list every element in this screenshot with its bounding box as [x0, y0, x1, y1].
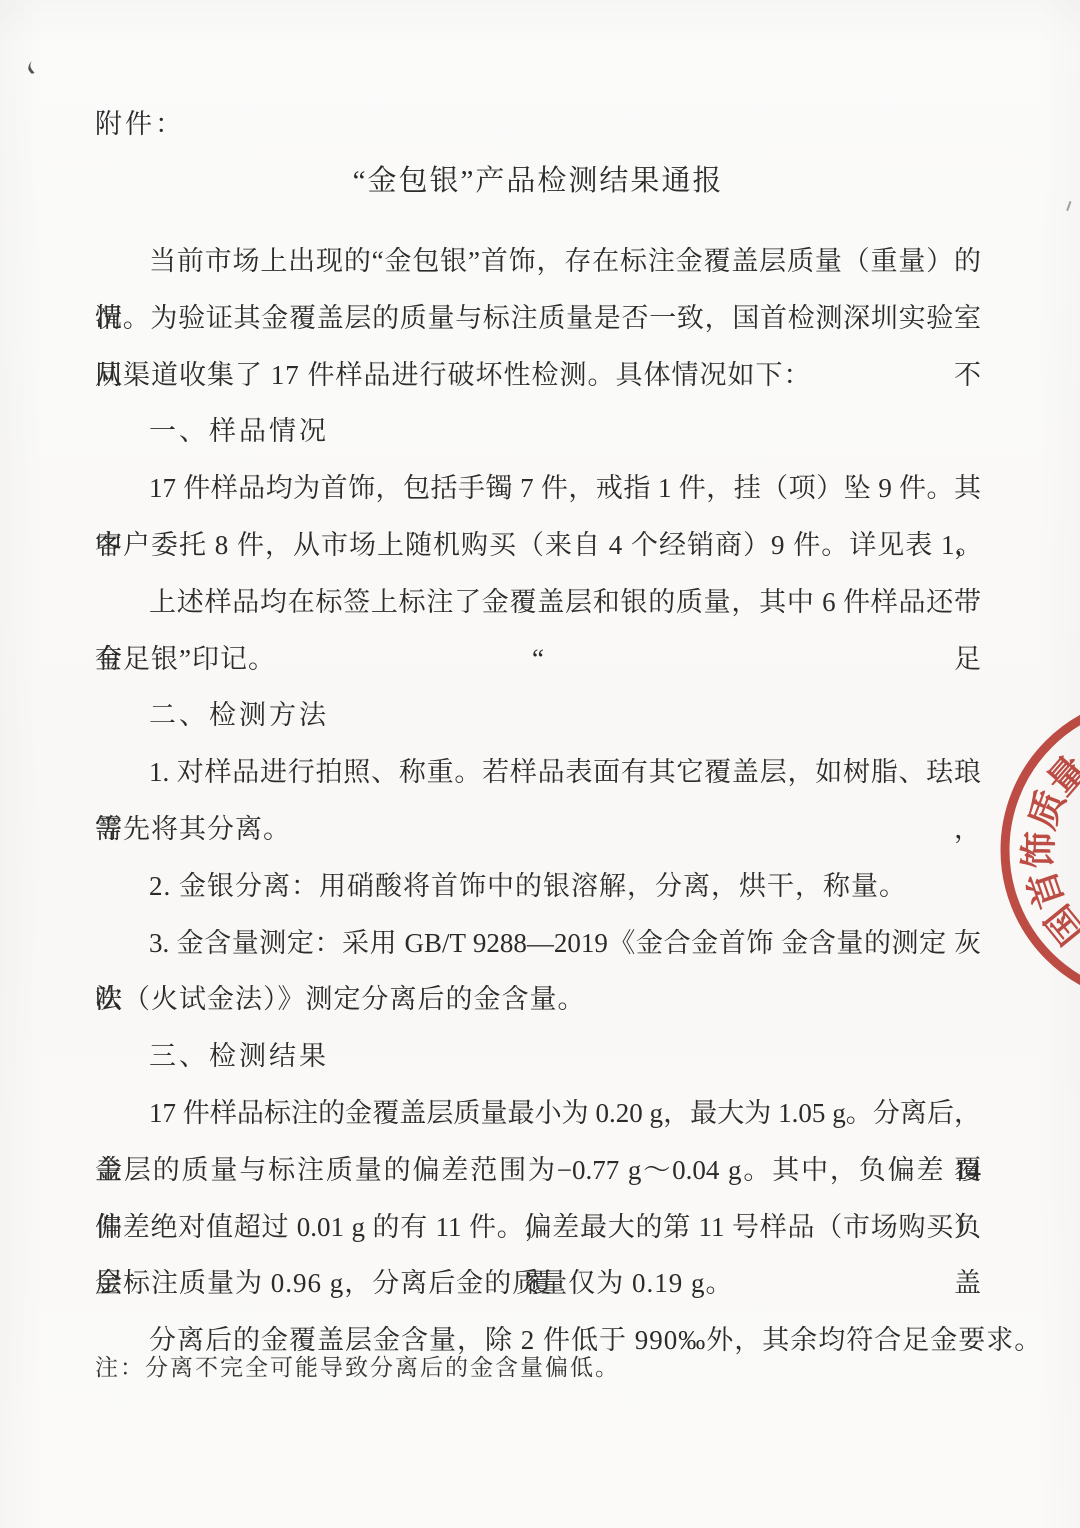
seal-char: 首: [1021, 865, 1073, 914]
seal-char: 国: [1038, 897, 1080, 952]
section-heading: 三、检测结果: [95, 1028, 981, 1085]
seal-char: 量: [1040, 748, 1080, 803]
seal-char: 检: [1075, 722, 1080, 776]
text-line: 17 件样品均为首饰，包括手镯 7 件，戒指 1 件，挂（项）坠 9 件。其中，: [95, 460, 981, 517]
text-line: 况。为验证其金覆盖层的质量与标注质量是否一致，国首检测深圳实验室从不: [95, 290, 981, 347]
document-body: 当前市场上出现的“金包银”首饰，存在标注金覆盖层质量（重量）的情 况。为验证其金…: [95, 233, 981, 1369]
text-line: 3. 金含量测定：采用 GB/T 9288—2019《金合金首饰 金含量的测定 …: [95, 915, 981, 972]
attachment-label: 附件：: [95, 104, 185, 144]
seal-char: 质: [1021, 785, 1073, 835]
text-line: 1. 对样品进行拍照、称重。若样品表面有其它覆盖层，如树脂、珐琅等，: [95, 744, 981, 801]
text-line: 当前市场上出现的“金包银”首饰，存在标注金覆盖层质量（重量）的情: [95, 233, 981, 290]
pen-mark-artifact: [25, 56, 44, 75]
seal-char: 饰: [1017, 831, 1061, 869]
document-content: 附件： “金包银”产品检测结果通报 当前市场上出现的“金包银”首饰，存在标注金覆…: [95, 0, 981, 1528]
document-page: 附件： “金包银”产品检测结果通报 当前市场上出现的“金包银”首饰，存在标注金覆…: [0, 0, 1080, 1528]
text-line: 上述样品均在标签上标注了金覆盖层和银的质量，其中 6 件样品还带有“足: [95, 574, 981, 631]
text-line: 客户委托 8 件，从市场上随机购买（来自 4 个经销商）9 件。详见表 1。: [95, 517, 981, 574]
text-line: 法（火试金法）》测定分离后的金含量。: [95, 971, 981, 1028]
text-line: 17 件样品标注的金覆盖层质量最小为 0.20 g，最大为 1.05 g。分离后…: [95, 1085, 981, 1142]
section-heading: 一、样品情况: [95, 403, 981, 460]
scan-speck-artifact: [1061, 199, 1072, 211]
footnote: 注：分离不完全可能导致分离后的金含量偏低。: [95, 1352, 620, 1384]
text-line: 盖层的质量与标注质量的偏差范围为−0.77 g～0.04 g。其中，负偏差 14…: [95, 1142, 981, 1199]
section-heading: 二、检测方法: [95, 687, 981, 744]
seal-ring: [1005, 700, 1080, 1000]
text-line: 2. 金银分离：用硝酸将首饰中的银溶解，分离，烘干，称量。: [95, 858, 981, 915]
text-line: 偏差绝对值超过 0.01 g 的有 11 件。偏差最大的第 11 号样品（市场购…: [95, 1199, 981, 1256]
document-title: “金包银”产品检测结果通报: [95, 160, 981, 202]
official-red-seal: 检 量 质 饰 首 国: [980, 688, 1080, 1018]
